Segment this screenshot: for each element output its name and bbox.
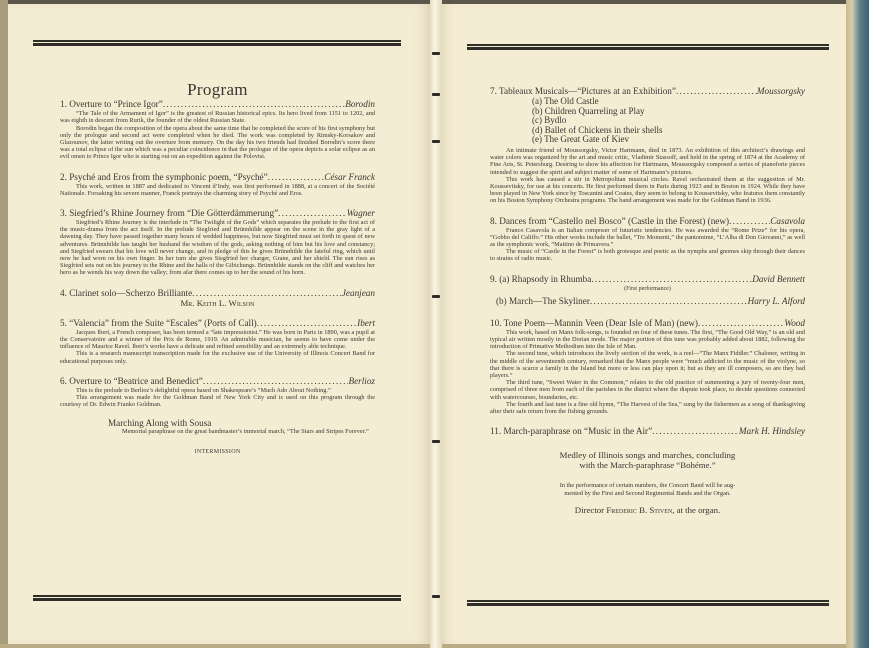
piece-title: 2. Psyché and Eros from the symphonic po… (60, 172, 268, 183)
sousa-text: Memorial paraphrase on the great bandmas… (108, 428, 375, 435)
entry-heading: 8. Dances from “Castello nel Bosco” (Cas… (490, 216, 805, 227)
piece-title: 8. Dances from “Castello nel Bosco” (Cas… (490, 216, 729, 227)
back-cover-edge (846, 0, 869, 648)
augment-line: mented by the First and Second Regimenta… (490, 490, 805, 497)
dot-leader (590, 296, 748, 307)
composer-name: Wood (784, 318, 805, 329)
dot-leader (268, 172, 325, 183)
piece-title: 6. Overture to “Beatrice and Benedict” (60, 376, 203, 387)
sousa-title: Marching Along with Sousa (108, 420, 375, 427)
composer-name: Borodin (345, 99, 375, 110)
bottom-rule-left (33, 595, 401, 601)
program-entry: 9. (a) Rhapsody in RhumbaDavid Bennett(F… (490, 274, 805, 307)
performance-note: (First performance) (490, 286, 805, 293)
program-note: The second tune, which introduces the li… (490, 350, 805, 379)
entry-heading: 6. Overture to “Beatrice and Benedict”Be… (60, 376, 375, 387)
program-entry: 10. Tone Poem—Mannin Veen (Dear Isle of … (490, 318, 805, 415)
program-entry: 1. Overture to “Prince Igor”Borodin“The … (60, 99, 375, 160)
composer-name: Jeanjean (342, 288, 375, 299)
dot-leader (257, 318, 357, 329)
movement-item: (e) The Great Gate of Kiev (490, 135, 805, 145)
program-note: This arrangement was made for the Goldma… (60, 394, 375, 408)
program-spread: Program 1. Overture to “Prince Igor”Boro… (0, 0, 869, 648)
dot-leader (163, 99, 345, 110)
program-entry: 3. Siegfried’s Rhine Journey from “Die G… (60, 208, 375, 277)
dot-leader (203, 376, 349, 387)
entry-heading: 1. Overture to “Prince Igor”Borodin (60, 99, 375, 110)
medley-line: with the March-paraphrase “Bohéme.” (490, 461, 805, 471)
program-entry: 11. March-paraphrase on “Music in the Ai… (490, 426, 805, 437)
entry-heading: 11. March-paraphrase on “Music in the Ai… (490, 426, 805, 437)
program-entry: 8. Dances from “Castello nel Bosco” (Cas… (490, 216, 805, 263)
program-note: Siegfried’s Rhine Journey is the interlu… (60, 219, 375, 277)
staple-icon (432, 440, 440, 443)
composer-name: César Franck (324, 172, 375, 183)
piece-title: (b) March—The Skyliner (496, 296, 590, 307)
staple-icon (432, 595, 440, 598)
entry-heading: 10. Tone Poem—Mannin Veen (Dear Isle of … (490, 318, 805, 329)
entry-heading: 9. (a) Rhapsody in RhumbaDavid Bennett (490, 274, 805, 285)
entry-heading: 4. Clarinet solo—Scherzo BrillianteJeanj… (60, 288, 375, 299)
entry-heading: (b) March—The SkylinerHarry L. Alford (490, 296, 805, 307)
program-note: This work, based on Manx folk-songs, is … (490, 329, 805, 351)
dot-leader (698, 318, 784, 329)
director-suffix: , at the organ. (672, 505, 720, 515)
program-note: The third tune, “Sweet Water in the Comm… (490, 379, 805, 401)
dot-leader (591, 274, 752, 285)
composer-name: Berlioz (348, 376, 375, 387)
program-note: This is a research manuscript transcript… (60, 350, 375, 364)
composer-name: David Bennett (752, 274, 805, 285)
dot-leader (192, 288, 342, 299)
dot-leader (729, 216, 770, 227)
entry-heading: 3. Siegfried’s Rhine Journey from “Die G… (60, 208, 375, 219)
left-entries: 1. Overture to “Prince Igor”Borodin“The … (60, 99, 375, 408)
piece-title: 10. Tone Poem—Mannin Veen (Dear Isle of … (490, 318, 698, 329)
program-note: An intimate friend of Moussorgsky, Victo… (490, 147, 805, 176)
right-column: 7. Tableaux Musicals—“Pictures at an Exh… (490, 86, 805, 514)
book-left-edge (0, 0, 8, 648)
staple-icon (432, 52, 440, 55)
piece-title: 3. Siegfried’s Rhine Journey from “Die G… (60, 208, 278, 219)
composer-name: Harry L. Alford (748, 296, 805, 307)
left-column: Program 1. Overture to “Prince Igor”Boro… (60, 86, 375, 456)
director-prefix: Director (575, 505, 607, 515)
piece-title: 11. March-paraphrase on “Music in the Ai… (490, 426, 652, 437)
director-credit: Director Frederic B. Stiven, at the orga… (490, 507, 805, 514)
composer-name: Casavola (770, 216, 805, 227)
page-title: Program (60, 86, 375, 93)
binding-gutter (430, 0, 442, 648)
composer-name: Mark H. Hindsley (739, 426, 805, 437)
medley-note: Medley of Illinois songs and marches, co… (490, 451, 805, 470)
staple-icon (432, 140, 440, 143)
augment-note: In the performance of certain numbers, t… (490, 482, 805, 496)
right-entries: 7. Tableaux Musicals—“Pictures at an Exh… (490, 86, 805, 437)
staple-icon (432, 295, 440, 298)
dot-leader (676, 86, 757, 97)
program-entry: 7. Tableaux Musicals—“Pictures at an Exh… (490, 86, 805, 205)
dot-leader (652, 426, 739, 437)
sousa-section: Marching Along with Sousa Memorial parap… (60, 420, 375, 434)
program-entry: 4. Clarinet solo—Scherzo BrillianteJeanj… (60, 288, 375, 307)
bottom-rule-right (467, 600, 829, 606)
program-note: This is the prelude to Berlioz’s delight… (60, 387, 375, 394)
top-rule-right (467, 44, 829, 50)
director-name: Frederic B. Stiven (606, 505, 672, 515)
entry-heading: 2. Psyché and Eros from the symphonic po… (60, 172, 375, 183)
entry-heading: 5. “Valencia” from the Suite “Escales” (… (60, 318, 375, 329)
program-note: The fourth and last tune is a fine old h… (490, 401, 805, 415)
intermission-label: INTERMISSION (60, 449, 375, 456)
augment-line: In the performance of certain numbers, t… (490, 482, 805, 489)
piece-title: 9. (a) Rhapsody in Rhumba (490, 274, 591, 285)
staple-icon (432, 93, 440, 96)
program-note: This work has caused a stir in Metropoli… (490, 176, 805, 205)
program-entry: 2. Psyché and Eros from the symphonic po… (60, 172, 375, 197)
composer-name: Ibert (357, 318, 375, 329)
performer-name: Mr. Keith L. Wilson (60, 300, 375, 307)
program-note: This work, written in 1887 and dedicated… (60, 183, 375, 197)
program-entry: 6. Overture to “Beatrice and Benedict”Be… (60, 376, 375, 409)
piece-title: 1. Overture to “Prince Igor” (60, 99, 163, 110)
composer-name: Moussorgsky (757, 86, 805, 97)
dot-leader (278, 208, 347, 219)
program-entry: 5. “Valencia” from the Suite “Escales” (… (60, 318, 375, 365)
top-rule-left (33, 40, 401, 46)
piece-title: 4. Clarinet solo—Scherzo Brilliante (60, 288, 192, 299)
program-note: Borodin began the composition of the ope… (60, 125, 375, 161)
piece-title: 5. “Valencia” from the Suite “Escales” (… (60, 318, 257, 329)
composer-name: Wagner (347, 208, 375, 219)
program-note: Jacques Ibert, a French composer, has be… (60, 329, 375, 351)
program-note: The music of “Castle in the Forest” is b… (490, 248, 805, 262)
program-note: Franco Casavola is an Italian composer o… (490, 227, 805, 249)
program-note: “The Tale of the Armament of Igor” is th… (60, 110, 375, 124)
